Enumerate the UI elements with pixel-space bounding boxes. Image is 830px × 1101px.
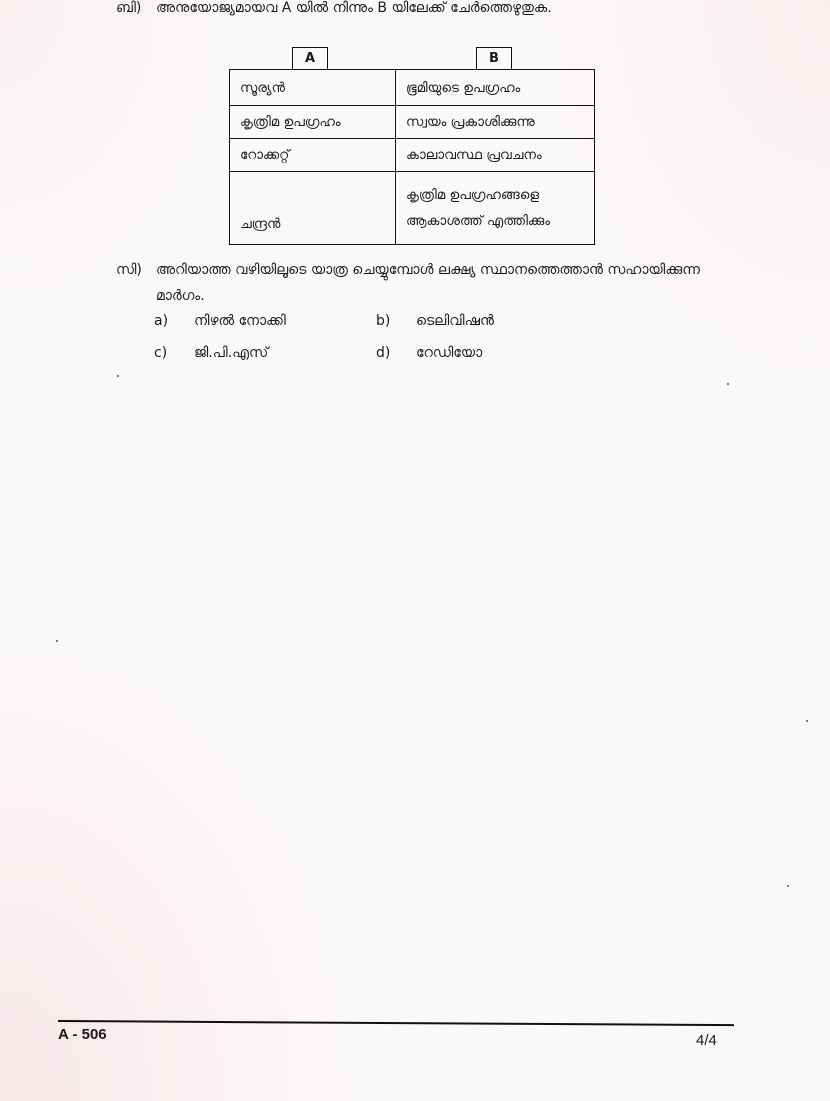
footer-divider bbox=[58, 1020, 734, 1026]
question-c-label: സി) bbox=[116, 262, 156, 278]
column-a-header: A bbox=[292, 47, 328, 70]
option-text: ടെലിവിഷൻ bbox=[416, 313, 494, 329]
cell-a: കൃത്രിമ ഉപഗ്രഹം bbox=[230, 106, 396, 139]
scan-speck bbox=[56, 640, 58, 642]
column-b-header: B bbox=[476, 47, 512, 70]
cell-b-line1: കൃത്രിമ ഉപഗ്രഹങ്ങളെ bbox=[406, 182, 584, 208]
page-number: 4/4 bbox=[696, 1032, 717, 1049]
question-b: ബി)അനുയോജ്യമായവ A യിൽ നിന്നും B യിലേക്ക്… bbox=[116, 0, 552, 16]
cell-b: കൃത്രിമ ഉപഗ്രഹങ്ങളെ ആകാശത്ത് എത്തിക്കും bbox=[396, 172, 595, 245]
question-b-text: അനുയോജ്യമായവ A യിൽ നിന്നും B യിലേക്ക് ചേ… bbox=[156, 0, 552, 16]
cell-b-line2: ആകാശത്ത് എത്തിക്കും bbox=[406, 208, 584, 234]
cell-b: സ്വയം പ്രകാശിക്കുന്നു bbox=[396, 106, 595, 139]
question-c-continuation: മാർഗം. bbox=[156, 288, 205, 304]
question-c-text: അറിയാത്ത വഴിയിലൂടെ യാത്ര ചെയ്യുമ്പോൾ ലക്… bbox=[156, 262, 700, 278]
table-row: ചന്ദ്രൻ കൃത്രിമ ഉപഗ്രഹങ്ങളെ ആകാശത്ത് എത്… bbox=[230, 172, 595, 245]
scan-speck bbox=[806, 720, 808, 722]
option-c: c)ജി.പി.എസ് bbox=[154, 345, 268, 361]
cell-a: സൂര്യൻ bbox=[230, 70, 396, 106]
option-a: a)നിഴൽ നോക്കി bbox=[154, 313, 286, 329]
option-letter: d) bbox=[376, 345, 416, 361]
table-row: സൂര്യൻ ഭൂമിയുടെ ഉപഗ്രഹം bbox=[230, 70, 595, 106]
match-table: സൂര്യൻ ഭൂമിയുടെ ഉപഗ്രഹം കൃത്രിമ ഉപഗ്രഹം … bbox=[229, 69, 595, 245]
option-text: റേഡിയോ bbox=[416, 345, 482, 361]
paper-code: A - 506 bbox=[58, 1026, 107, 1043]
option-d: d)റേഡിയോ bbox=[376, 345, 482, 361]
cell-a: ചന്ദ്രൻ bbox=[230, 172, 396, 245]
cell-a: റോക്കറ്റ് bbox=[230, 139, 396, 172]
option-letter: c) bbox=[154, 345, 194, 361]
question-c: സി)അറിയാത്ത വഴിയിലൂടെ യാത്ര ചെയ്യുമ്പോൾ … bbox=[116, 262, 700, 278]
table-row: റോക്കറ്റ് കാലാവസ്ഥ പ്രവചനം bbox=[230, 139, 595, 172]
option-b: b)ടെലിവിഷൻ bbox=[376, 313, 494, 329]
table-row: കൃത്രിമ ഉപഗ്രഹം സ്വയം പ്രകാശിക്കുന്നു bbox=[230, 106, 595, 139]
scan-speck bbox=[727, 383, 729, 385]
scan-speck bbox=[117, 375, 119, 377]
cell-b: ഭൂമിയുടെ ഉപഗ്രഹം bbox=[396, 70, 595, 106]
option-text: നിഴൽ നോക്കി bbox=[194, 313, 286, 329]
scan-speck bbox=[787, 885, 789, 887]
option-text: ജി.പി.എസ് bbox=[194, 345, 268, 361]
option-letter: b) bbox=[376, 313, 416, 329]
option-letter: a) bbox=[154, 313, 194, 329]
question-b-label: ബി) bbox=[116, 0, 156, 16]
cell-b: കാലാവസ്ഥ പ്രവചനം bbox=[396, 139, 595, 172]
